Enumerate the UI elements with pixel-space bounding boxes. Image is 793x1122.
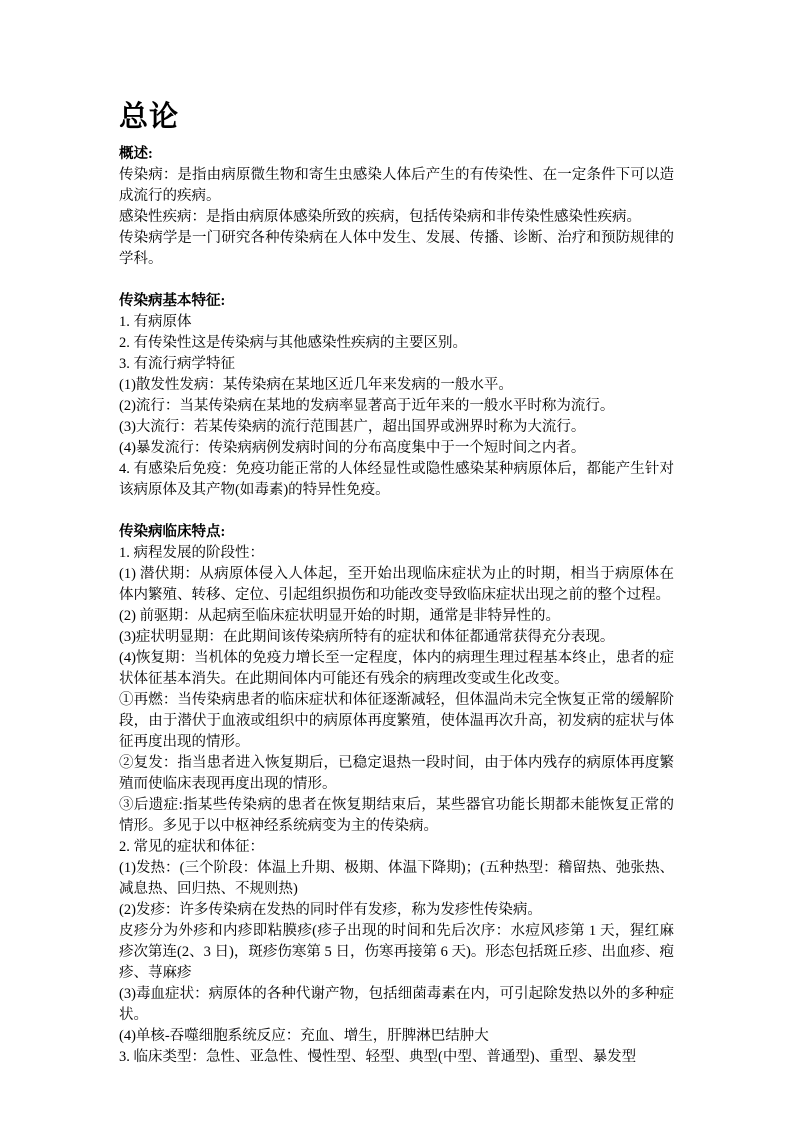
paragraph: 皮疹分为外疹和内疹即粘膜疹(疹子出现的时间和先后次序：水痘风疹第 1 天，猩红麻… xyxy=(119,921,674,984)
document-body: 概述:传染病：是指由病原微生物和寄生虫感染人体后产生的有传染性、在一定条件下可以… xyxy=(119,144,674,1068)
paragraph: (4)恢复期：当机体的免疫力增长至一定程度，体内的病理生理过程基本终止，患者的症… xyxy=(119,648,674,690)
paragraph: ②复发：指当患者进入恢复期后，已稳定退热一段时间，由于体内残存的病原体再度繁殖而… xyxy=(119,753,674,795)
paragraph: (1)散发性发病：某传染病在某地区近几年来发病的一般水平。 xyxy=(119,375,674,396)
paragraph: ③后遗症:指某些传染病的患者在恢复期结束后，某些器官功能长期都未能恢复正常的情形… xyxy=(119,795,674,837)
paragraph: 3. 临床类型：急性、亚急性、慢性型、轻型、典型(中型、普通型)、重型、暴发型 xyxy=(119,1047,674,1068)
paragraph: 感染性疾病：是指由病原体感染所致的疾病，包括传染病和非传染性感染性疾病。 xyxy=(119,207,674,228)
paragraph-spacer xyxy=(119,501,674,522)
document-title: 总论 xyxy=(119,97,674,137)
paragraph: 传染病：是指由病原微生物和寄生虫感染人体后产生的有传染性、在一定条件下可以造成流… xyxy=(119,165,674,207)
paragraph: ①再燃：当传染病患者的临床症状和体征逐渐减轻，但体温尚未完全恢复正常的缓解阶段，… xyxy=(119,690,674,753)
section-heading: 传染病基本特征: xyxy=(119,291,674,312)
paragraph: (3)症状明显期：在此期间该传染病所特有的症状和体征都通常获得充分表现。 xyxy=(119,627,674,648)
paragraph: (1)发热：(三个阶段：体温上升期、极期、体温下降期)；(五种热型：稽留热、弛张… xyxy=(119,858,674,900)
section-heading: 传染病临床特点: xyxy=(119,522,674,543)
paragraph: (3)毒血症状：病原体的各种代谢产物，包括细菌毒素在内，可引起除发热以外的多种症… xyxy=(119,984,674,1026)
paragraph: 1. 病程发展的阶段性： xyxy=(119,543,674,564)
paragraph: (4)暴发流行：传染病病例发病时间的分布高度集中于一个短时间之内者。 xyxy=(119,438,674,459)
paragraph: 2. 常见的症状和体征： xyxy=(119,837,674,858)
paragraph: (2) 前驱期：从起病至临床症状明显开始的时期，通常是非特异性的。 xyxy=(119,606,674,627)
paragraph: (3)大流行：若某传染病的流行范围甚广，超出国界或洲界时称为大流行。 xyxy=(119,417,674,438)
document-page: 总论 概述:传染病：是指由病原微生物和寄生虫感染人体后产生的有传染性、在一定条件… xyxy=(0,0,793,1122)
paragraph: 1. 有病原体 xyxy=(119,312,674,333)
paragraph-spacer xyxy=(119,270,674,291)
paragraph: 2. 有传染性这是传染病与其他感染性疾病的主要区别。 xyxy=(119,333,674,354)
paragraph: (1) 潜伏期：从病原体侵入人体起，至开始出现临床症状为止的时期，相当于病原体在… xyxy=(119,564,674,606)
paragraph: 4. 有感染后免疫：免疫功能正常的人体经显性或隐性感染某种病原体后，都能产生针对… xyxy=(119,459,674,501)
paragraph: (2)发疹：许多传染病在发热的同时伴有发疹，称为发疹性传染病。 xyxy=(119,900,674,921)
paragraph: (2)流行：当某传染病在某地的发病率显著高于近年来的一般水平时称为流行。 xyxy=(119,396,674,417)
paragraph: (4)单核-吞噬细胞系统反应：充血、增生，肝脾淋巴结肿大 xyxy=(119,1026,674,1047)
paragraph: 传染病学是一门研究各种传染病在人体中发生、发展、传播、诊断、治疗和预防规律的学科… xyxy=(119,228,674,270)
section-heading: 概述: xyxy=(119,144,674,165)
paragraph: 3. 有流行病学特征 xyxy=(119,354,674,375)
